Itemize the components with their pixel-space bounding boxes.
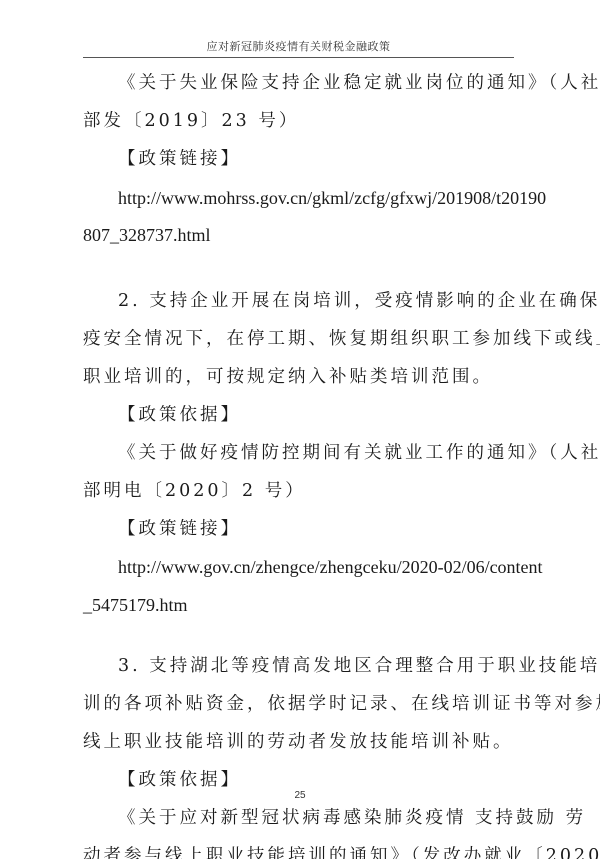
body-text-line: 【政策链接】 — [118, 148, 558, 170]
body-text-line: 训的各项补贴资金，依据学时记录、在线培训证书等对参加 — [83, 693, 523, 715]
body-text-line: 3. 支持湖北等疫情高发地区合理整合用于职业技能培 — [118, 655, 558, 677]
body-text-line: 线上职业技能培训的劳动者发放技能培训补贴。 — [83, 731, 523, 753]
body-text-line: 疫安全情况下，在停工期、恢复期组织职工参加线下或线上 — [83, 328, 523, 350]
body-text-line: 《关于失业保险支持企业稳定就业岗位的通知》（人社 — [118, 72, 558, 94]
body-text-line: 部明电〔2020〕2 号） — [83, 480, 523, 502]
policy-link-text: http://www.mohrss.gov.cn/gkml/zcfg/gfxwj… — [118, 187, 558, 209]
policy-link-text: 807_328737.html — [83, 224, 523, 246]
body-text-line: 《关于做好疫情防控期间有关就业工作的通知》（人社 — [118, 442, 558, 464]
body-text-line: 2. 支持企业开展在岗培训，受疫情影响的企业在确保防 — [118, 290, 558, 312]
body-text-line: 【政策依据】 — [118, 769, 558, 791]
policy-link-text: http://www.gov.cn/zhengce/zhengceku/2020… — [118, 556, 558, 578]
body-text-line: 【政策链接】 — [118, 518, 558, 540]
body-text-line: 动者参与线上职业技能培训的通知》（发改办就业〔2020〕 — [83, 845, 523, 859]
body-text-line: 职业培训的，可按规定纳入补贴类培训范围。 — [83, 366, 523, 388]
policy-link-text: _5475179.htm — [83, 594, 523, 616]
body-text-line: 部发〔2019〕23 号） — [83, 110, 523, 132]
page-number: 25 — [0, 790, 600, 801]
body-text-line: 【政策依据】 — [118, 404, 558, 426]
header-divider — [83, 57, 514, 58]
body-text-line: 《关于应对新型冠状病毒感染肺炎疫情 支持鼓励 劳 — [118, 807, 558, 829]
running-header: 应对新冠肺炎疫情有关财税金融政策 — [83, 38, 514, 56]
